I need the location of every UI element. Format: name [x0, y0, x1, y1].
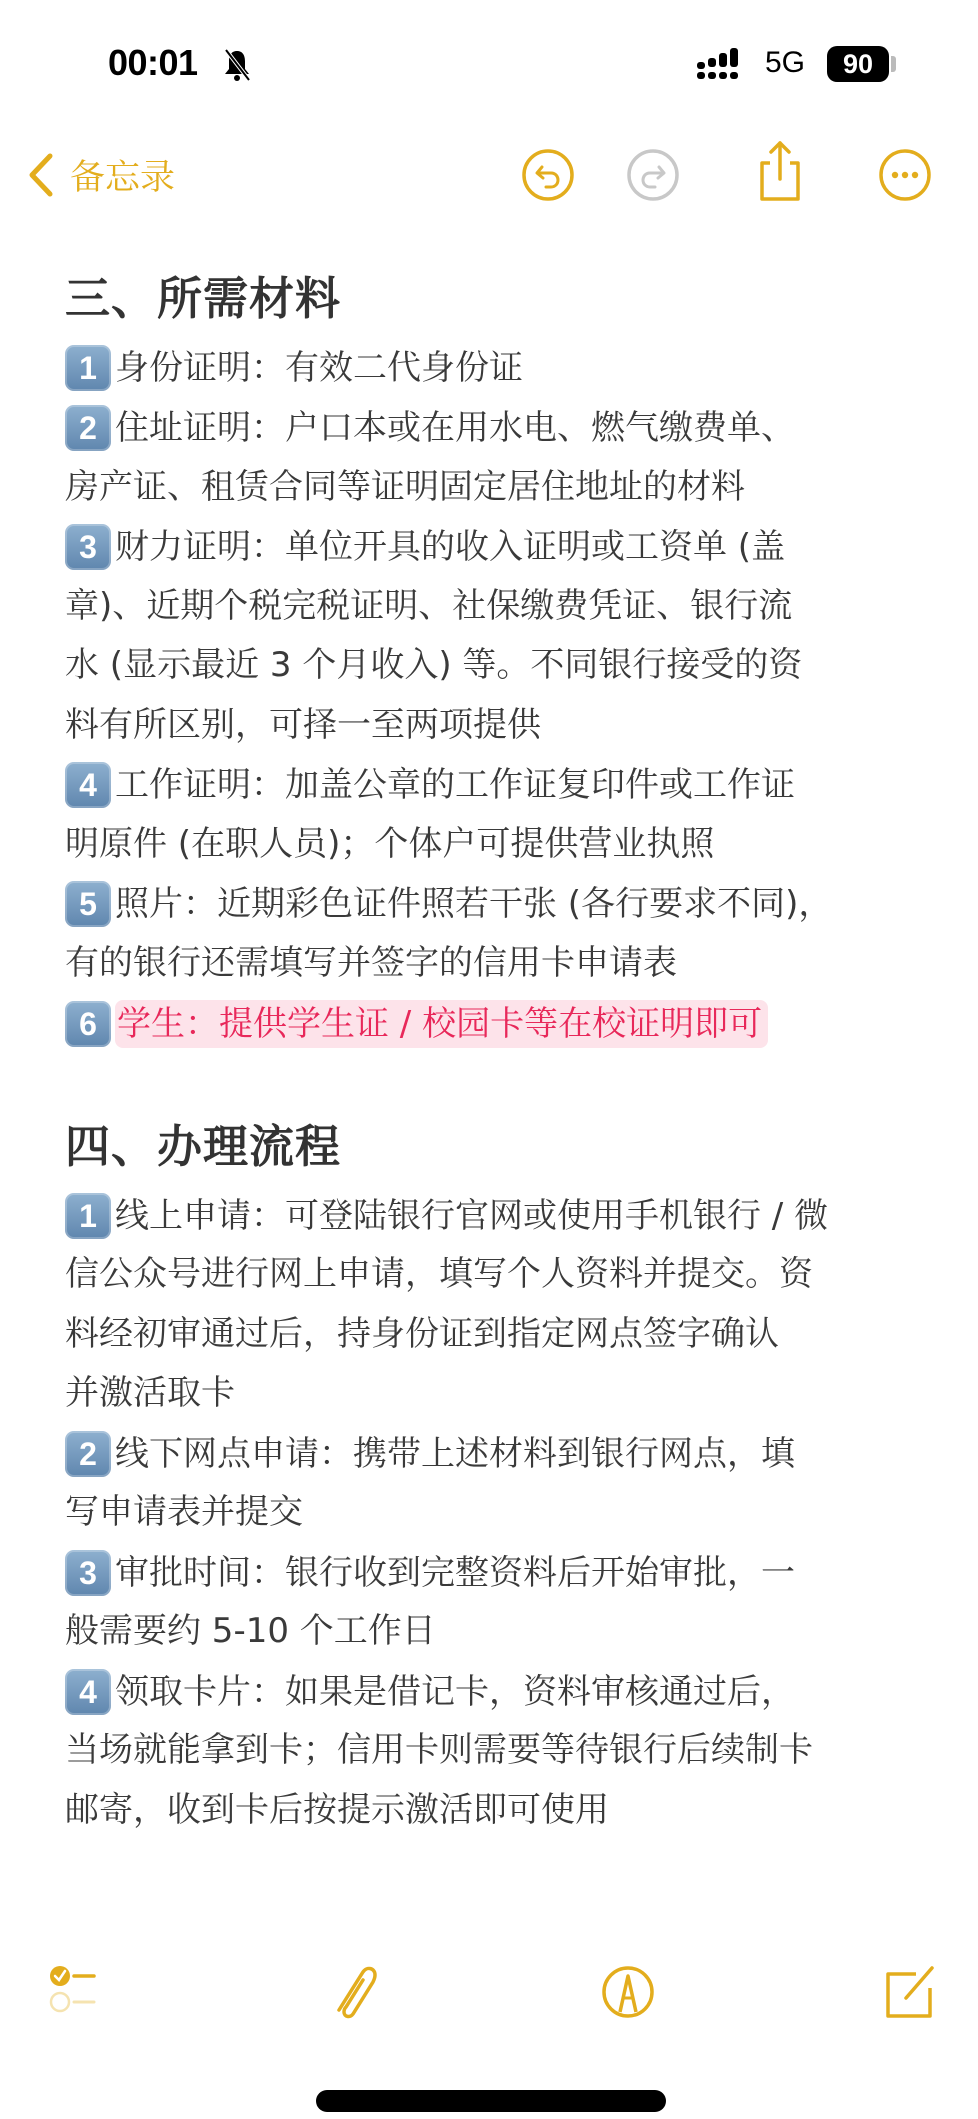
- undo-icon[interactable]: [520, 147, 576, 203]
- list-item: 3财力证明：单位开具的收入证明或工资单 (盖: [65, 524, 785, 570]
- line-text: 料经初审通过后，持身份证到指定网点签字确认: [65, 1312, 779, 1356]
- line-text: 写申请表并提交: [65, 1490, 303, 1534]
- line-text: 住址证明：户口本或在用水电、燃气缴费单、: [115, 406, 795, 450]
- list-item: 2住址证明：户口本或在用水电、燃气缴费单、: [65, 405, 795, 451]
- back-button[interactable]: 备忘录: [24, 145, 175, 205]
- list-item-continued: 当场就能拿到卡；信用卡则需要等待银行后续制卡: [65, 1728, 813, 1772]
- line-text: 照片：近期彩色证件照若干张 (各行要求不同)，: [115, 882, 832, 926]
- keycap-5-icon: 5: [65, 881, 111, 927]
- battery-level: 90: [827, 46, 889, 82]
- line-text: 房产证、租赁合同等证明固定居住地址的材料: [65, 465, 745, 509]
- keycap-2-icon: 2: [65, 1431, 111, 1477]
- section-heading-materials: 三、所需材料: [65, 262, 341, 327]
- line-text: 料有所区别，可择一至两项提供: [65, 703, 541, 747]
- checklist-icon[interactable]: [46, 1960, 106, 2030]
- section-heading-process: 四、办理流程: [65, 1110, 341, 1175]
- nav-bar: 备忘录: [0, 135, 978, 215]
- list-item-highlighted: 6学生：提供学生证 / 校园卡等在校证明即可: [65, 1000, 768, 1048]
- list-item: 1线上申请：可登陆银行官网或使用手机银行 / 微: [65, 1193, 828, 1239]
- bottom-toolbar: [0, 1960, 978, 2040]
- redo-icon[interactable]: [625, 147, 681, 203]
- line-text: 线上申请：可登陆银行官网或使用手机银行 / 微: [115, 1194, 828, 1238]
- keycap-1-icon: 1: [65, 1193, 111, 1239]
- line-text: 财力证明：单位开具的收入证明或工资单 (盖: [115, 525, 785, 569]
- list-item-continued: 邮寄，收到卡后按提示激活即可使用: [65, 1788, 609, 1832]
- line-text: 邮寄，收到卡后按提示激活即可使用: [65, 1788, 609, 1832]
- list-item-continued: 料有所区别，可择一至两项提供: [65, 703, 541, 747]
- line-text: 章)、近期个税完税证明、社保缴费凭证、银行流: [65, 584, 792, 628]
- keycap-4-icon: 4: [65, 1669, 111, 1715]
- list-item: 4领取卡片：如果是借记卡，资料审核通过后，: [65, 1669, 795, 1715]
- status-time: 00:01: [108, 42, 198, 84]
- home-indicator[interactable]: [316, 2090, 666, 2112]
- paperclip-icon[interactable]: [325, 1960, 385, 2030]
- list-item: 5照片：近期彩色证件照若干张 (各行要求不同)，: [65, 881, 832, 927]
- list-item: 1身份证明：有效二代身份证: [65, 345, 523, 391]
- keycap-6-icon: 6: [65, 1001, 111, 1047]
- line-text: 并激活取卡: [65, 1371, 235, 1415]
- keycap-3-icon: 3: [65, 1550, 111, 1596]
- list-item: 2线下网点申请：携带上述材料到银行网点，填: [65, 1431, 795, 1477]
- status-bar: 00:01 5G 90: [0, 0, 978, 120]
- keycap-1-icon: 1: [65, 345, 111, 391]
- list-item-continued: 明原件 (在职人员)；个体户可提供营业执照: [65, 822, 714, 866]
- keycap-2-icon: 2: [65, 405, 111, 451]
- list-item-continued: 有的银行还需填写并签字的信用卡申请表: [65, 941, 677, 985]
- list-item: 4工作证明：加盖公章的工作证复印件或工作证: [65, 762, 795, 808]
- network-type: 5G: [765, 46, 805, 80]
- line-text: 般需要约 5-10 个工作日: [65, 1609, 436, 1653]
- keycap-4-icon: 4: [65, 762, 111, 808]
- line-text: 身份证明：有效二代身份证: [115, 346, 523, 390]
- line-text: 信公众号进行网上申请，填写个人资料并提交。资: [65, 1252, 813, 1296]
- line-text: 领取卡片：如果是借记卡，资料审核通过后，: [115, 1670, 795, 1714]
- battery-cap: [891, 56, 896, 72]
- line-text: 水 (显示最近 3 个月收入) 等。不同银行接受的资: [65, 643, 802, 687]
- share-icon[interactable]: [752, 139, 808, 203]
- chevron-left-icon: [24, 150, 58, 200]
- list-item-continued: 料经初审通过后，持身份证到指定网点签字确认: [65, 1312, 779, 1356]
- list-item-continued: 水 (显示最近 3 个月收入) 等。不同银行接受的资: [65, 643, 802, 687]
- line-text: 审批时间：银行收到完整资料后开始审批，一: [115, 1551, 795, 1595]
- compose-icon[interactable]: [880, 1960, 940, 2030]
- list-item-continued: 章)、近期个税完税证明、社保缴费凭证、银行流: [65, 584, 792, 628]
- markup-pen-icon[interactable]: [598, 1960, 658, 2030]
- list-item-continued: 房产证、租赁合同等证明固定居住地址的材料: [65, 465, 745, 509]
- list-item-continued: 般需要约 5-10 个工作日: [65, 1609, 436, 1653]
- line-text: 线下网点申请：携带上述材料到银行网点，填: [115, 1432, 795, 1476]
- highlighted-text: 学生：提供学生证 / 校园卡等在校证明即可: [115, 1000, 768, 1048]
- back-label: 备忘录: [70, 150, 175, 200]
- line-text: 有的银行还需填写并签字的信用卡申请表: [65, 941, 677, 985]
- list-item: 3审批时间：银行收到完整资料后开始审批，一: [65, 1550, 795, 1596]
- line-text: 当场就能拿到卡；信用卡则需要等待银行后续制卡: [65, 1728, 813, 1772]
- list-item-continued: 写申请表并提交: [65, 1490, 303, 1534]
- keycap-3-icon: 3: [65, 524, 111, 570]
- list-item-continued: 信公众号进行网上申请，填写个人资料并提交。资: [65, 1252, 813, 1296]
- line-text: 工作证明：加盖公章的工作证复印件或工作证: [115, 763, 795, 807]
- list-item-continued: 并激活取卡: [65, 1371, 235, 1415]
- line-text: 明原件 (在职人员)；个体户可提供营业执照: [65, 822, 714, 866]
- more-icon[interactable]: [877, 147, 933, 203]
- bell-slash-icon: [222, 48, 252, 82]
- signal-icon: [697, 48, 747, 80]
